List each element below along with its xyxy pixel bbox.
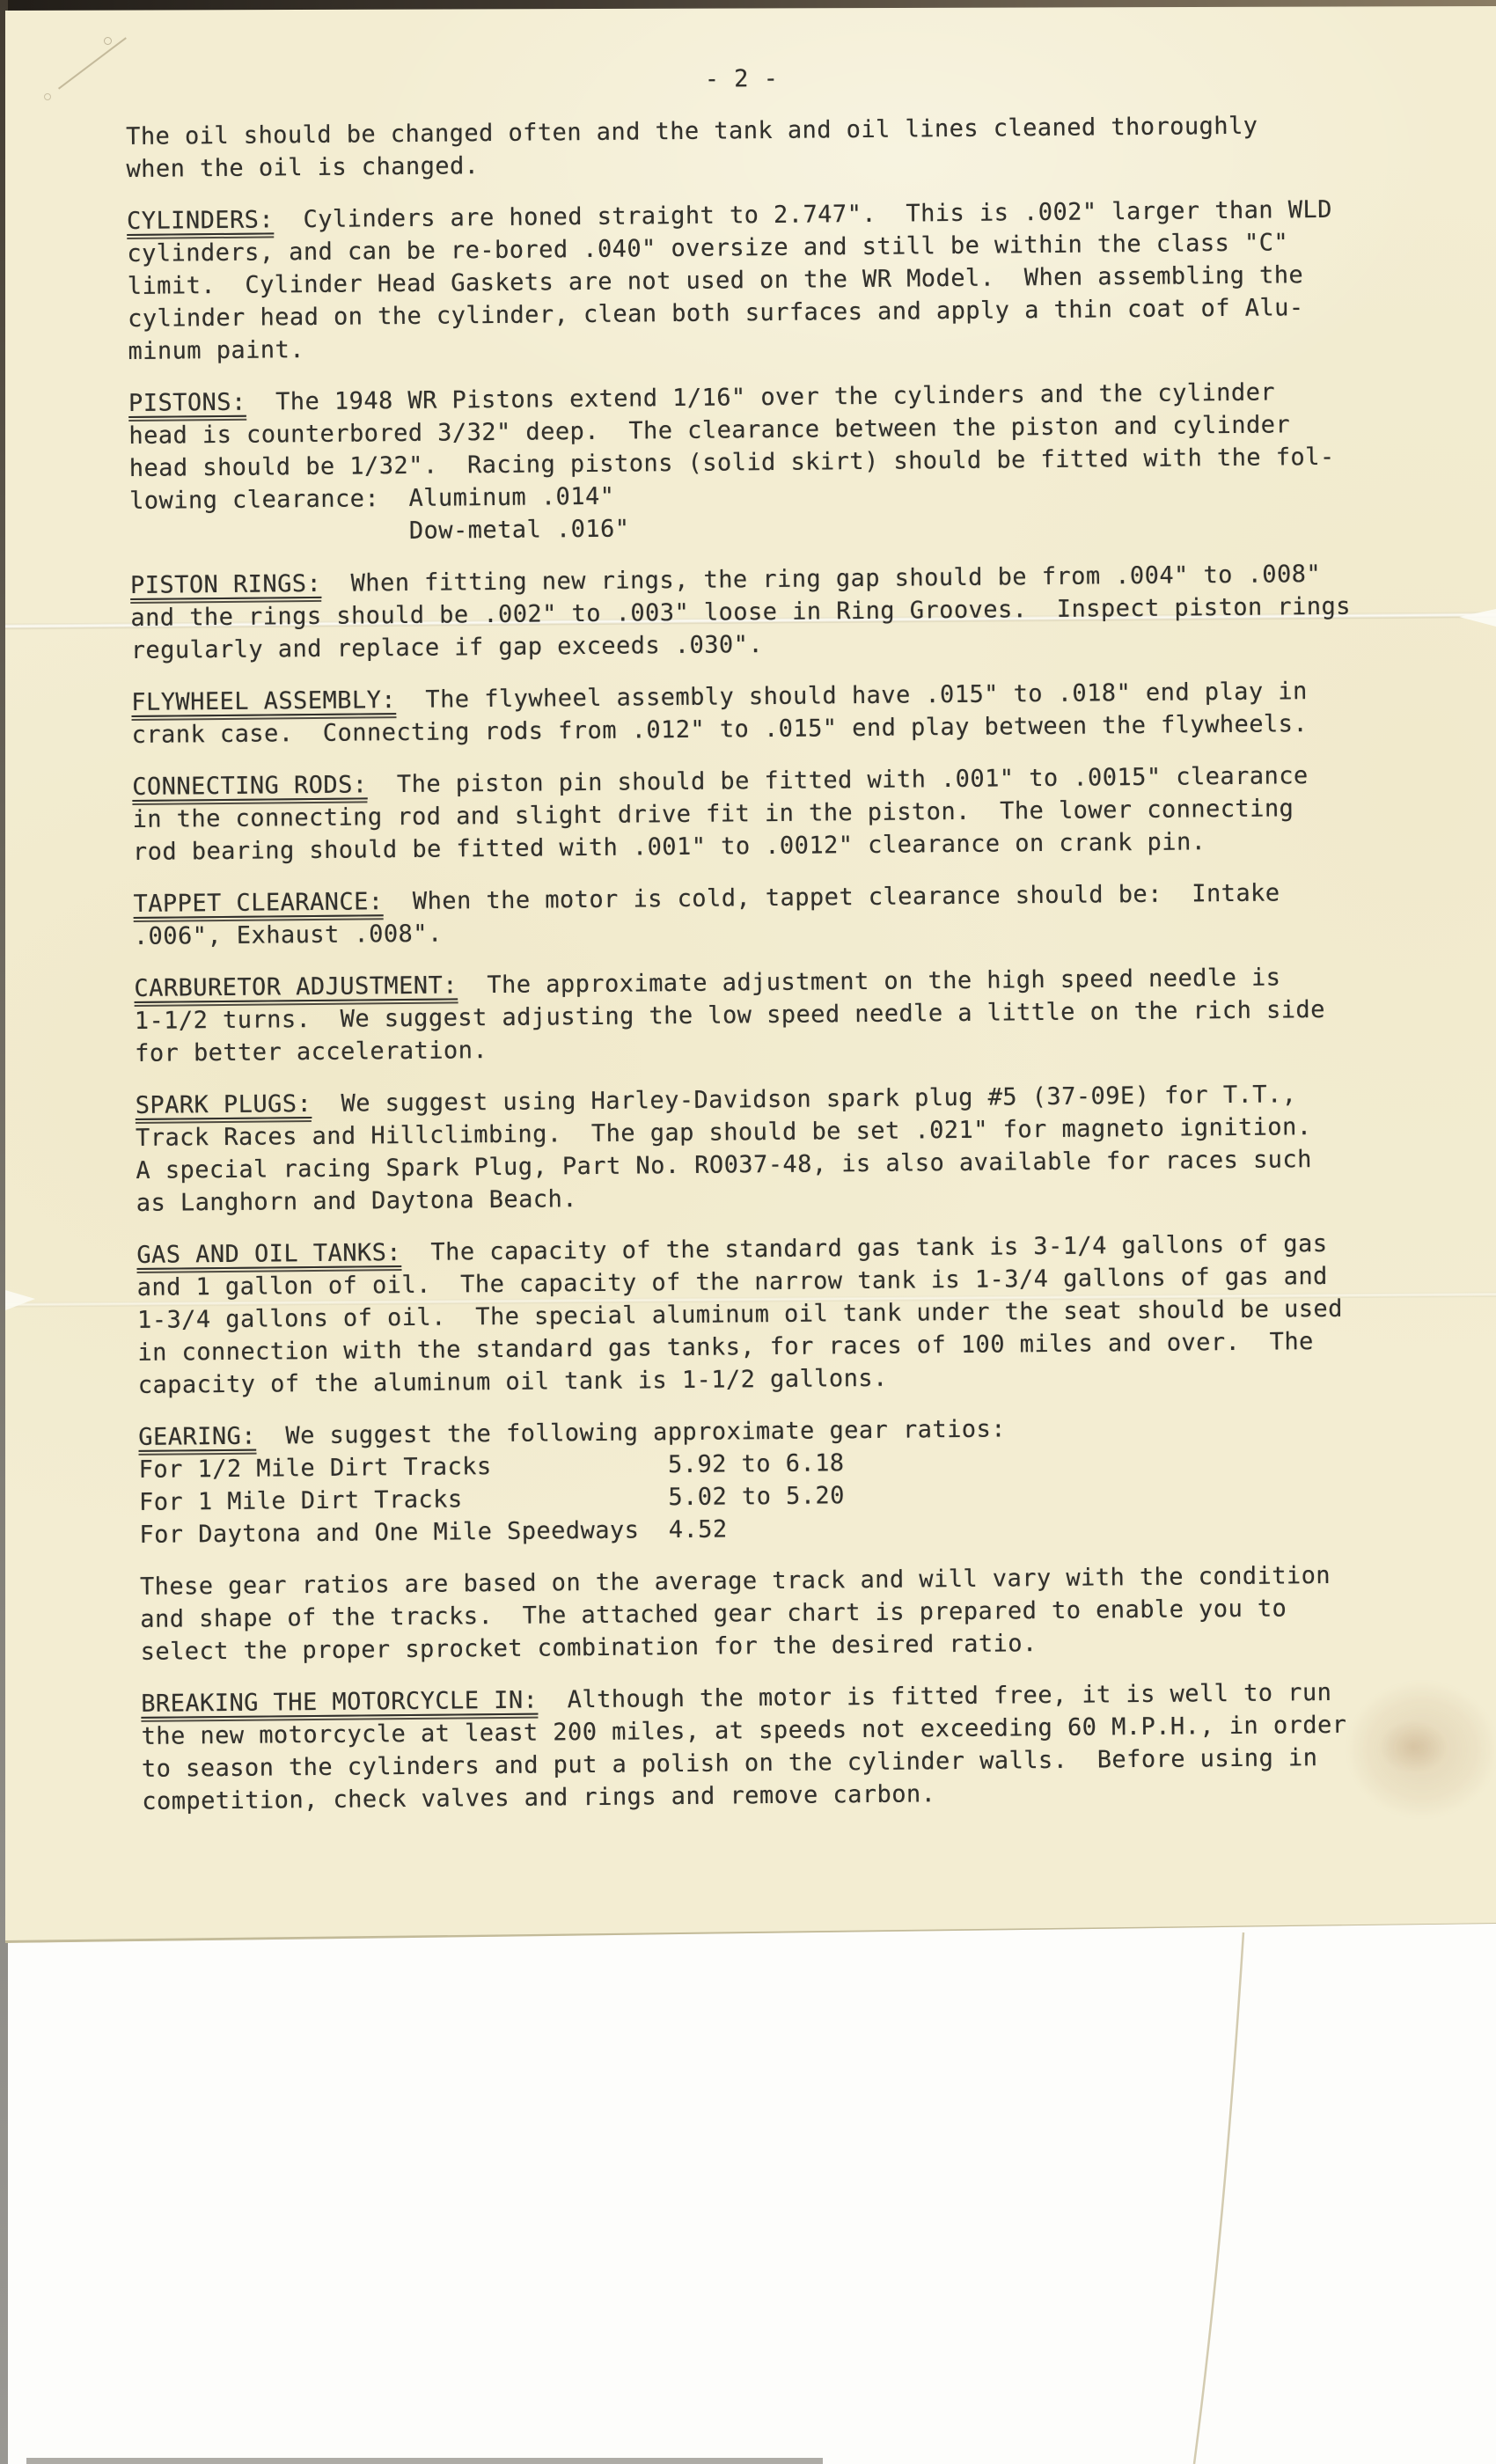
section-gas-and-oil-tanks: GAS AND OIL TANKS: The capacity of the s…	[136, 1228, 1370, 1402]
corner-crease	[58, 37, 127, 89]
section-heading: SPARK PLUGS:	[136, 1090, 312, 1124]
section-tappet-clearance: TAPPET CLEARANCE: When the motor is cold…	[133, 876, 1366, 953]
section-heading: GEARING:	[138, 1423, 256, 1456]
section-heading: FLYWHEEL ASSEMBLY:	[131, 686, 396, 721]
section-intro: The oil should be changed often and the …	[126, 109, 1359, 186]
scan-bottom-edge	[26, 2458, 823, 2464]
section-breaking-in: BREAKING THE MOTORCYCLE IN: Although the…	[141, 1676, 1374, 1817]
typed-content: - 2 - The oil should be changed often an…	[125, 57, 1374, 1818]
section-heading: CONNECTING RODS:	[132, 771, 368, 805]
text: When the motor is cold, tappet clearance…	[383, 879, 1280, 915]
text: The approximate adjustment on the high s…	[458, 964, 1281, 999]
paper-page: - 2 - The oil should be changed often an…	[5, 0, 1496, 1947]
section-piston-rings: PISTON RINGS: When fitting new rings, th…	[130, 558, 1363, 667]
section-heading: CYLINDERS:	[127, 206, 274, 239]
section-heading: PISTONS:	[128, 389, 246, 422]
section-heading: GAS AND OIL TANKS:	[136, 1239, 401, 1273]
section-flywheel-assembly: FLYWHEEL ASSEMBLY: The flywheel assembly…	[131, 675, 1364, 752]
paper-hole-mark	[104, 37, 112, 45]
fold-crease-lower-notch	[5, 1290, 35, 1310]
section-cylinders: CYLINDERS: Cylinders are honed straight …	[127, 194, 1360, 368]
paper-hole-mark	[44, 93, 51, 100]
fold-crease-upper-notch	[1459, 609, 1496, 627]
section-gear-ratios-note: These gear ratios are based on the avera…	[140, 1558, 1373, 1668]
page-curl-line	[1144, 1918, 1496, 2464]
text: We suggest the following approximate gea…	[256, 1415, 1006, 1449]
section-pistons: PISTONS: The 1948 WR Pistons extend 1/16…	[128, 376, 1362, 550]
section-heading: TAPPET CLEARANCE:	[133, 888, 383, 922]
text: Although the motor is fitted free, it is…	[538, 1679, 1331, 1714]
section-spark-plugs: SPARK PLUGS: We suggest using Harley-Dav…	[136, 1078, 1368, 1220]
page-number: - 2 -	[125, 57, 1357, 101]
section-connecting-rods: CONNECTING RODS: The piston pin should b…	[132, 759, 1365, 869]
section-heading: PISTON RINGS:	[130, 570, 322, 604]
section-gearing: GEARING: We suggest the following approx…	[138, 1409, 1371, 1551]
paper-stain	[1371, 1714, 1456, 1779]
section-carburetor-adjustment: CARBURETOR ADJUSTMENT: The approximate a…	[134, 961, 1367, 1070]
